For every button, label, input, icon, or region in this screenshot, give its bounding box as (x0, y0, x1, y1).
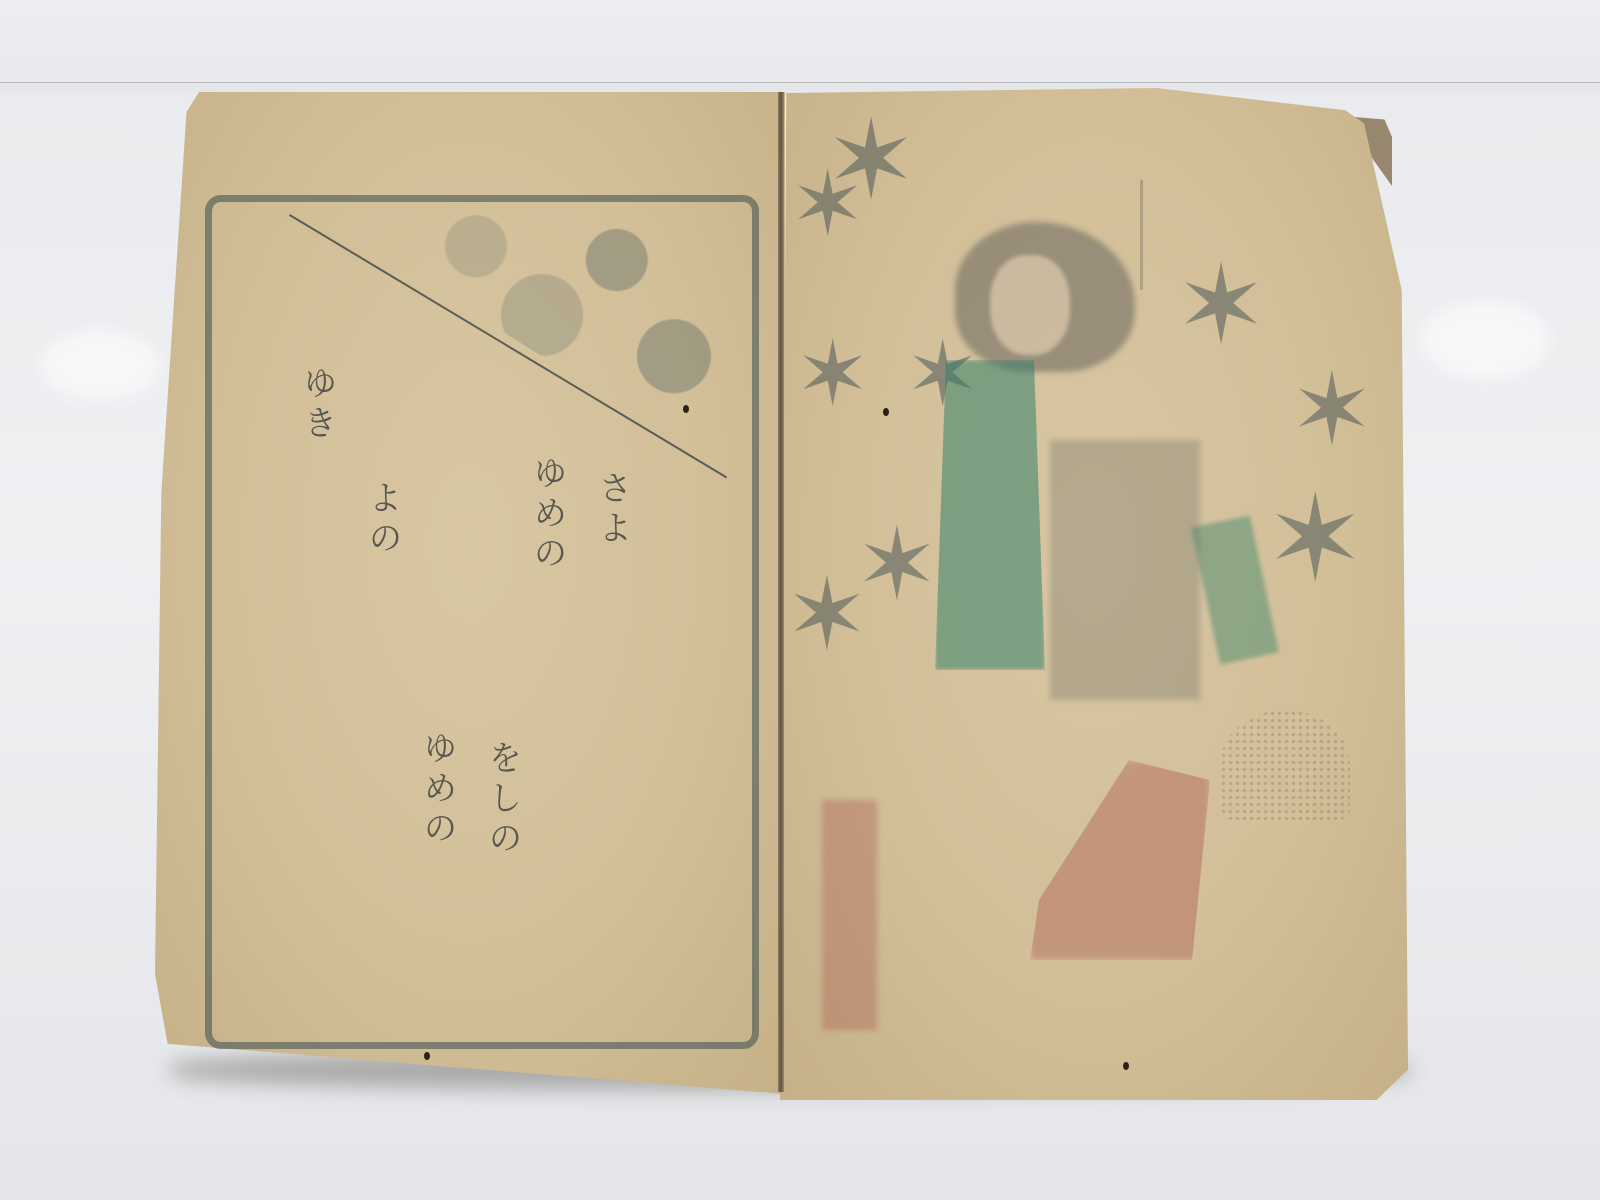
binding-hole (424, 1052, 430, 1060)
dotted-pattern (1220, 710, 1350, 820)
woman-face (990, 255, 1070, 355)
binding-hole (883, 408, 889, 416)
binding-hole (683, 405, 689, 413)
book-spine (778, 92, 784, 1092)
calligraphy-column: よの (365, 480, 399, 560)
calligraphy-column: をしの (485, 740, 519, 860)
green-robe (935, 360, 1045, 670)
illustration-pole (1140, 180, 1143, 290)
maple-leaf-icon: ✶ (785, 565, 869, 665)
maple-leaf-icon: ✶ (795, 330, 870, 420)
calligraphy-column: ゆき (300, 365, 334, 445)
maple-leaf-icon: ✶ (1265, 480, 1366, 600)
maple-leaf-icon: ✶ (1290, 360, 1374, 460)
calligraphy-column: ゆめの (530, 455, 564, 575)
calligraphy-column: さよ (595, 470, 629, 550)
maple-leaf-icon: ✶ (790, 160, 865, 250)
maple-leaf-icon: ✶ (1175, 250, 1267, 360)
binding-hole (1123, 1062, 1129, 1070)
grey-robe (1050, 440, 1200, 700)
calligraphy-column: ゆめの (420, 730, 454, 850)
red-strip (822, 800, 877, 1030)
open-book: さよ ゆめの をしの ゆめの よの ゆき ✶ ✶ ✶ ✶ ✶ ✶ ✶ ✶ ✶ (0, 0, 1600, 1200)
